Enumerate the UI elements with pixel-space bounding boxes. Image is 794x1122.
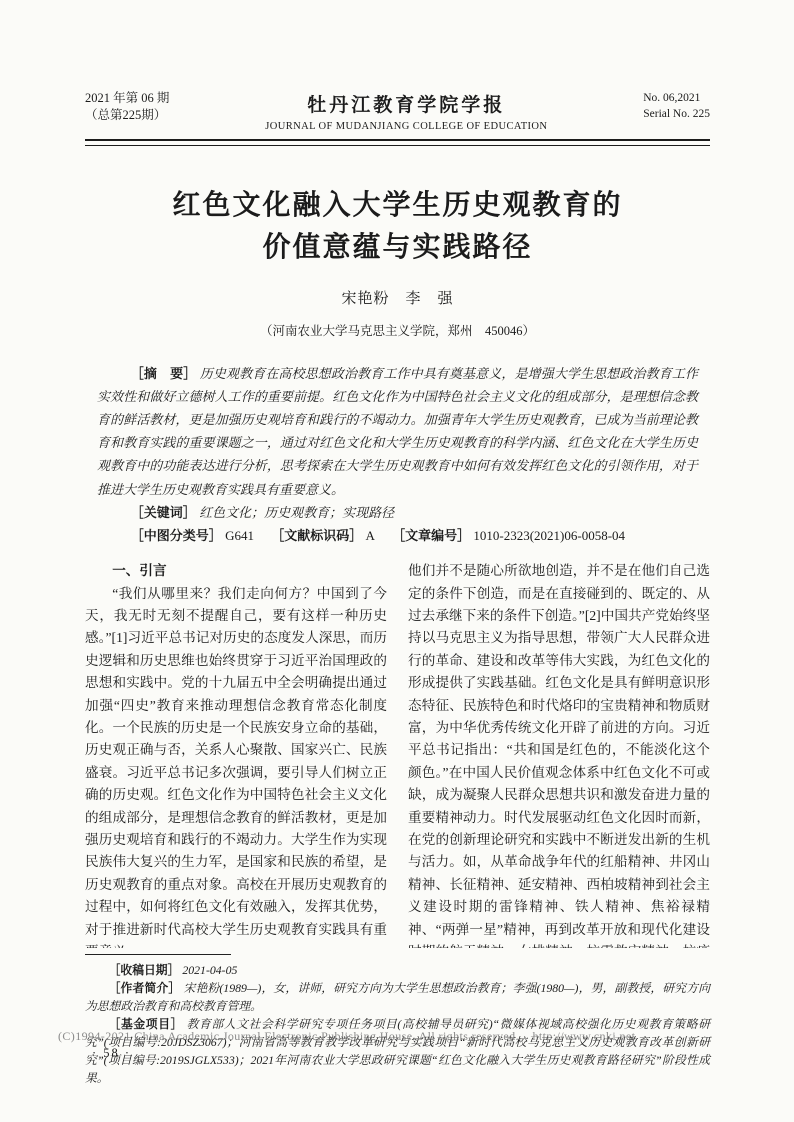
- article-title-line1: 红色文化融入大学生历史观教育的: [85, 184, 710, 226]
- abstract-paragraph: ［摘 要］ 历史观教育在高校思想政治教育工作中具有奠基意义，是增强大学生思想政治…: [97, 362, 698, 501]
- cnki-watermark: (C)1994-2021 China Academic Journal Elec…: [58, 1029, 758, 1044]
- journal-name-en: JOURNAL OF MUDANJIANG COLLEGE OF EDUCATI…: [169, 121, 643, 132]
- journal-name-block: 牡丹江教育学院学报 JOURNAL OF MUDANJIANG COLLEGE …: [169, 90, 643, 132]
- issue-line1: 2021 年第 06 期: [85, 90, 169, 107]
- serial-info: No. 06,2021 Serial No. 225: [643, 90, 710, 122]
- author-bio-line: ［作者简介］ 宋艳粉(1989—)，女，讲师，研究方向为大学生思想政治教育；李强…: [85, 979, 710, 1015]
- received-date-value: 2021-04-05: [182, 963, 237, 977]
- issue-line2: （总第225期）: [85, 107, 169, 124]
- body-paragraph: 他们并不是随心所欲地创造，并不是在他们自己选定的条件下创造，而是在直接碰到的、既…: [408, 560, 710, 948]
- author-bio-label: ［作者简介］: [109, 981, 181, 995]
- section-heading-1: 一、引言: [85, 560, 387, 582]
- authors: 宋艳粉 李 强: [85, 287, 710, 308]
- article-title: 红色文化融入大学生历史观教育的 价值意蕴与实践路径: [85, 184, 710, 268]
- article-id-label: ［文章编号］: [392, 528, 470, 543]
- serial-line1: No. 06,2021: [643, 90, 710, 106]
- issue-info: 2021 年第 06 期 （总第225期）: [85, 90, 169, 124]
- serial-line2: Serial No. 225: [643, 106, 710, 122]
- doc-code-value: A: [365, 528, 374, 543]
- doc-code-label: ［文献标识码］: [271, 528, 362, 543]
- keywords-text: 红色文化；历史观教育；实现路径: [199, 505, 394, 520]
- footnote-divider: [85, 954, 231, 955]
- affiliation: （河南农业大学马克思主义学院，郑州 450046）: [85, 321, 710, 339]
- clc-value: G641: [225, 528, 254, 543]
- journal-page: 2021 年第 06 期 （总第225期） 牡丹江教育学院学报 JOURNAL …: [85, 90, 710, 1087]
- article-id-value: 1010-2323(2021)06-0058-04: [473, 528, 625, 543]
- body-columns: 一、引言 “我们从哪里来？我们走向何方？中国到了今天，我无时无刻不提醒自己，要有…: [85, 560, 710, 948]
- abstract-label: ［摘 要］: [131, 366, 197, 381]
- left-column: 一、引言 “我们从哪里来？我们走向何方？中国到了今天，我无时无刻不提醒自己，要有…: [85, 560, 387, 948]
- journal-header: 2021 年第 06 期 （总第225期） 牡丹江教育学院学报 JOURNAL …: [85, 90, 710, 132]
- fund-project-line: ［基金项目］ 教育部人文社会科学研究专项任务项目(高校辅导员研究)“微媒体视域高…: [85, 1015, 710, 1087]
- keywords-line: ［关键词］ 红色文化；历史观教育；实现路径: [97, 501, 698, 524]
- received-date-label: ［收稿日期］: [109, 963, 180, 977]
- abstract-block: ［摘 要］ 历史观教育在高校思想政治教育工作中具有奠基意义，是增强大学生思想政治…: [97, 362, 698, 548]
- classification-line: ［中图分类号］ G641 ［文献标识码］ A ［文章编号］ 1010-2323(…: [97, 524, 698, 547]
- header-divider: [85, 139, 710, 146]
- right-column: 他们并不是随心所欲地创造，并不是在他们自己选定的条件下创造，而是在直接碰到的、既…: [408, 560, 710, 948]
- body-paragraph: “我们从哪里来？我们走向何方？中国到了今天，我无时无刻不提醒自己，要有这样一种历…: [85, 583, 387, 949]
- article-title-line2: 价值意蕴与实践路径: [85, 226, 710, 268]
- footnotes: ［收稿日期］ 2021-04-05 ［作者简介］ 宋艳粉(1989—)，女，讲师…: [85, 954, 710, 1087]
- received-date-line: ［收稿日期］ 2021-04-05: [85, 961, 710, 979]
- clc-label: ［中图分类号］: [131, 528, 222, 543]
- journal-name-cn: 牡丹江教育学院学报: [169, 90, 643, 117]
- keywords-label: ［关键词］: [131, 505, 196, 520]
- page-number: · 58 ·: [92, 1046, 131, 1061]
- abstract-text: 历史观教育在高校思想政治教育工作中具有奠基意义，是增强大学生思想政治教育工作实效…: [97, 366, 698, 497]
